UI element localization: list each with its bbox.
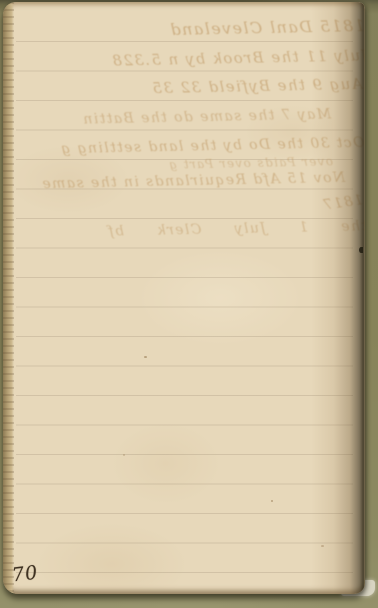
page-number: 70: [11, 561, 40, 586]
foxing-speck: [144, 356, 147, 358]
bleed-line: May 7 the same do the Battin: [82, 106, 331, 127]
bleed-line: Nov 15 Afd Requirlands in the same: [41, 170, 345, 192]
ruled-lines: [16, 41, 353, 579]
scanned-document-backdrop: 1815 Danl Cleveland July 11 the Brook by…: [0, 0, 378, 608]
page-left-deckle-edge: [3, 2, 14, 594]
foxing-speck: [123, 454, 125, 456]
bleed-line: over Paids over Part g: [168, 154, 333, 171]
page-edge-nick: [359, 247, 363, 253]
gutter-shadow: [311, 2, 365, 594]
foxing-speck: [271, 500, 273, 502]
notebook-page: 1815 Danl Cleveland July 11 the Brook by…: [3, 2, 365, 594]
